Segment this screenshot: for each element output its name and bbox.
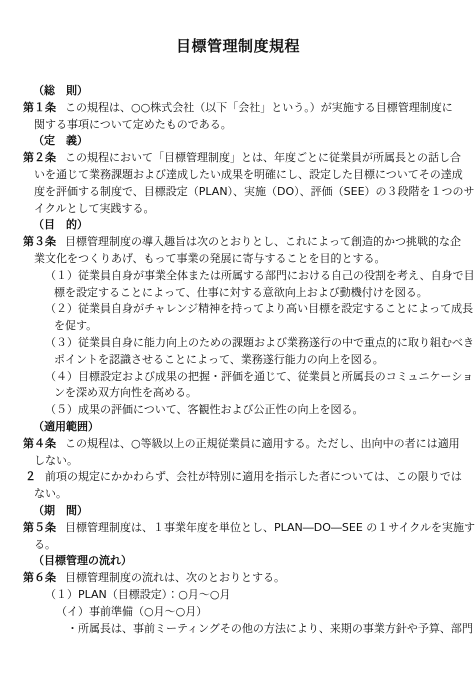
item-line: （１）従業員自身が事業全体または所属する部門における自己の役割を考え、自身で目 [0, 268, 476, 285]
cont-line: いを通じて業務課題および達成したい成果を明確にし、設定した目標についてその達成 [0, 167, 476, 184]
line-text: この規程は、○等級以上の正規従業員に適用する。ただし、出向中の者には適用 [65, 437, 460, 450]
heading-line: （適用範囲） [0, 419, 476, 436]
line-text: を促す。 [54, 319, 97, 332]
line-text: （適用範囲） [33, 420, 99, 433]
item-line: （１）PLAN（目標設定）：○月～○月 [0, 587, 476, 604]
cont-line: 度を評価する制度で、目標設定（PLAN）、実施（DO）、評価（SEE）の３段階を… [0, 184, 476, 201]
document-body: （総 則）第１条この規程は、○○株式会社（以下「会社」という。）が実施する目標管… [0, 83, 476, 637]
article-line: 第１条この規程は、○○株式会社（以下「会社」という。）が実施する目標管理制度に [0, 100, 476, 117]
line-text: （３）従業員自身に能力向上のための課題および業務遂行の中で重点的に取り組むべき [45, 336, 474, 349]
para2-line: ２前項の規定にかかわらず、会社が特別に適用を指示した者については、この限りでは [0, 469, 476, 486]
heading-line: （目 的） [0, 217, 476, 234]
line-text: （目 的） [33, 218, 88, 231]
line-text: 関する事項について定めたものである。 [34, 118, 232, 131]
line-text: （１）従業員自身が事業全体または所属する部門における自己の役割を考え、自身で目 [45, 269, 475, 282]
clause-number: 第６条 [23, 571, 65, 584]
clause-number: 第１条 [23, 101, 65, 114]
cont-line: 業文化をつくりあげ、もって事業の発展に寄与することを目的とする。 [0, 251, 476, 268]
heading-line: （期 間） [0, 503, 476, 520]
heading-line: （定 義） [0, 133, 476, 150]
line-text: ない。 [34, 487, 67, 500]
line-text: 標を設定することによって、仕事に対する意欲向上および動機付けを図る。 [54, 286, 428, 299]
cont-line: しない。 [0, 453, 476, 470]
line-text: （１）PLAN（目標設定）：○月～○月 [45, 588, 230, 601]
line-text: しない。 [34, 454, 78, 467]
document-page: 目標管理制度規程 （総 則）第１条この規程は、○○株式会社（以下「会社」という。… [0, 0, 476, 682]
line-text: 目標管理制度は、１事業年度を単位とし、PLAN―DO―SEE の１サイクルを実施… [65, 521, 475, 534]
item-cont-line: ンを深め双方向性を高める。 [0, 385, 476, 402]
cont-line: る。 [0, 537, 476, 554]
line-text: この規程は、○○株式会社（以下「会社」という。）が実施する目標管理制度に [65, 101, 453, 114]
line-text: イクルとして実践する。 [34, 202, 154, 215]
clause-number: 第２条 [23, 151, 65, 164]
line-text: （定 義） [33, 134, 88, 147]
item-line: （４）目標設定および成果の把握・評価を通じて、従業員と所属長のコミュニケーショ [0, 369, 476, 386]
article-line: 第５条目標管理制度は、１事業年度を単位とし、PLAN―DO―SEE の１サイクル… [0, 520, 476, 537]
clause-number: 第３条 [23, 235, 65, 248]
item-cont-line: を促す。 [0, 318, 476, 335]
line-text: （イ）事前準備（○月～○月） [56, 605, 207, 618]
heading-line: （目標管理の流れ） [0, 553, 476, 570]
line-text: （総 則） [33, 84, 88, 97]
line-text: ・所属長は、事前ミーティングその他の方法により、来期の事業方針や予算、部門 [67, 622, 473, 635]
line-text: ンを深め双方向性を高める。 [54, 386, 197, 399]
document-title: 目標管理制度規程 [0, 36, 476, 56]
line-text: （５）成果の評価について、客観性および公正性の向上を図る。 [45, 403, 364, 416]
item-cont-line: 標を設定することによって、仕事に対する意欲向上および動機付けを図る。 [0, 285, 476, 302]
line-text: ポイントを認識させることによって、業務遂行能力の向上を図る。 [54, 353, 384, 366]
line-text: （期 間） [33, 504, 88, 517]
line-text: この規程において「目標管理制度」とは、年度ごとに従業員が所属長との話し合 [65, 151, 461, 164]
line-text: 目標管理制度の流れは、次のとおりとする。 [65, 571, 285, 584]
item-cont-line: ポイントを認識させることによって、業務遂行能力の向上を図る。 [0, 352, 476, 369]
line-text: 度を評価する制度で、目標設定（PLAN）、実施（DO）、評価（SEE）の３段階を… [34, 185, 475, 198]
line-text: 前項の規定にかかわらず、会社が特別に適用を指示した者については、この限りでは [45, 470, 462, 483]
article-line: 第４条この規程は、○等級以上の正規従業員に適用する。ただし、出向中の者には適用 [0, 436, 476, 453]
clause-number: ２ [25, 470, 45, 483]
line-text: （２）従業員自身がチャレンジ精神を持ってより高い目標を設定することによって成長 [45, 302, 473, 315]
clause-number: 第５条 [23, 521, 65, 534]
sub-line: （イ）事前準備（○月～○月） [0, 604, 476, 621]
line-text: 業文化をつくりあげ、もって事業の発展に寄与することを目的とする。 [34, 252, 386, 265]
line-text: る。 [34, 538, 56, 551]
line-text: 目標管理制度の導入趣旨は次のとおりとし、これによって創造的かつ挑戦的な企 [65, 235, 461, 248]
cont-line: イクルとして実践する。 [0, 201, 476, 218]
item-line: （３）従業員自身に能力向上のための課題および業務遂行の中で重点的に取り組むべき [0, 335, 476, 352]
cont-line: ない。 [0, 486, 476, 503]
line-text: （目標管理の流れ） [33, 554, 132, 567]
clause-number: 第４条 [23, 437, 65, 450]
bullet-line: ・所属長は、事前ミーティングその他の方法により、来期の事業方針や予算、部門 [0, 621, 476, 638]
line-text: （４）目標設定および成果の把握・評価を通じて、従業員と所属長のコミュニケーショ [45, 370, 473, 383]
article-line: 第３条目標管理制度の導入趣旨は次のとおりとし、これによって創造的かつ挑戦的な企 [0, 234, 476, 251]
item-line: （２）従業員自身がチャレンジ精神を持ってより高い目標を設定することによって成長 [0, 301, 476, 318]
article-line: 第６条目標管理制度の流れは、次のとおりとする。 [0, 570, 476, 587]
heading-line: （総 則） [0, 83, 476, 100]
cont-line: 関する事項について定めたものである。 [0, 117, 476, 134]
article-line: 第２条この規程において「目標管理制度」とは、年度ごとに従業員が所属長との話し合 [0, 150, 476, 167]
line-text: いを通じて業務課題および達成したい成果を明確にし、設定した目標についてその達成 [34, 168, 463, 181]
item-line: （５）成果の評価について、客観性および公正性の向上を図る。 [0, 402, 476, 419]
